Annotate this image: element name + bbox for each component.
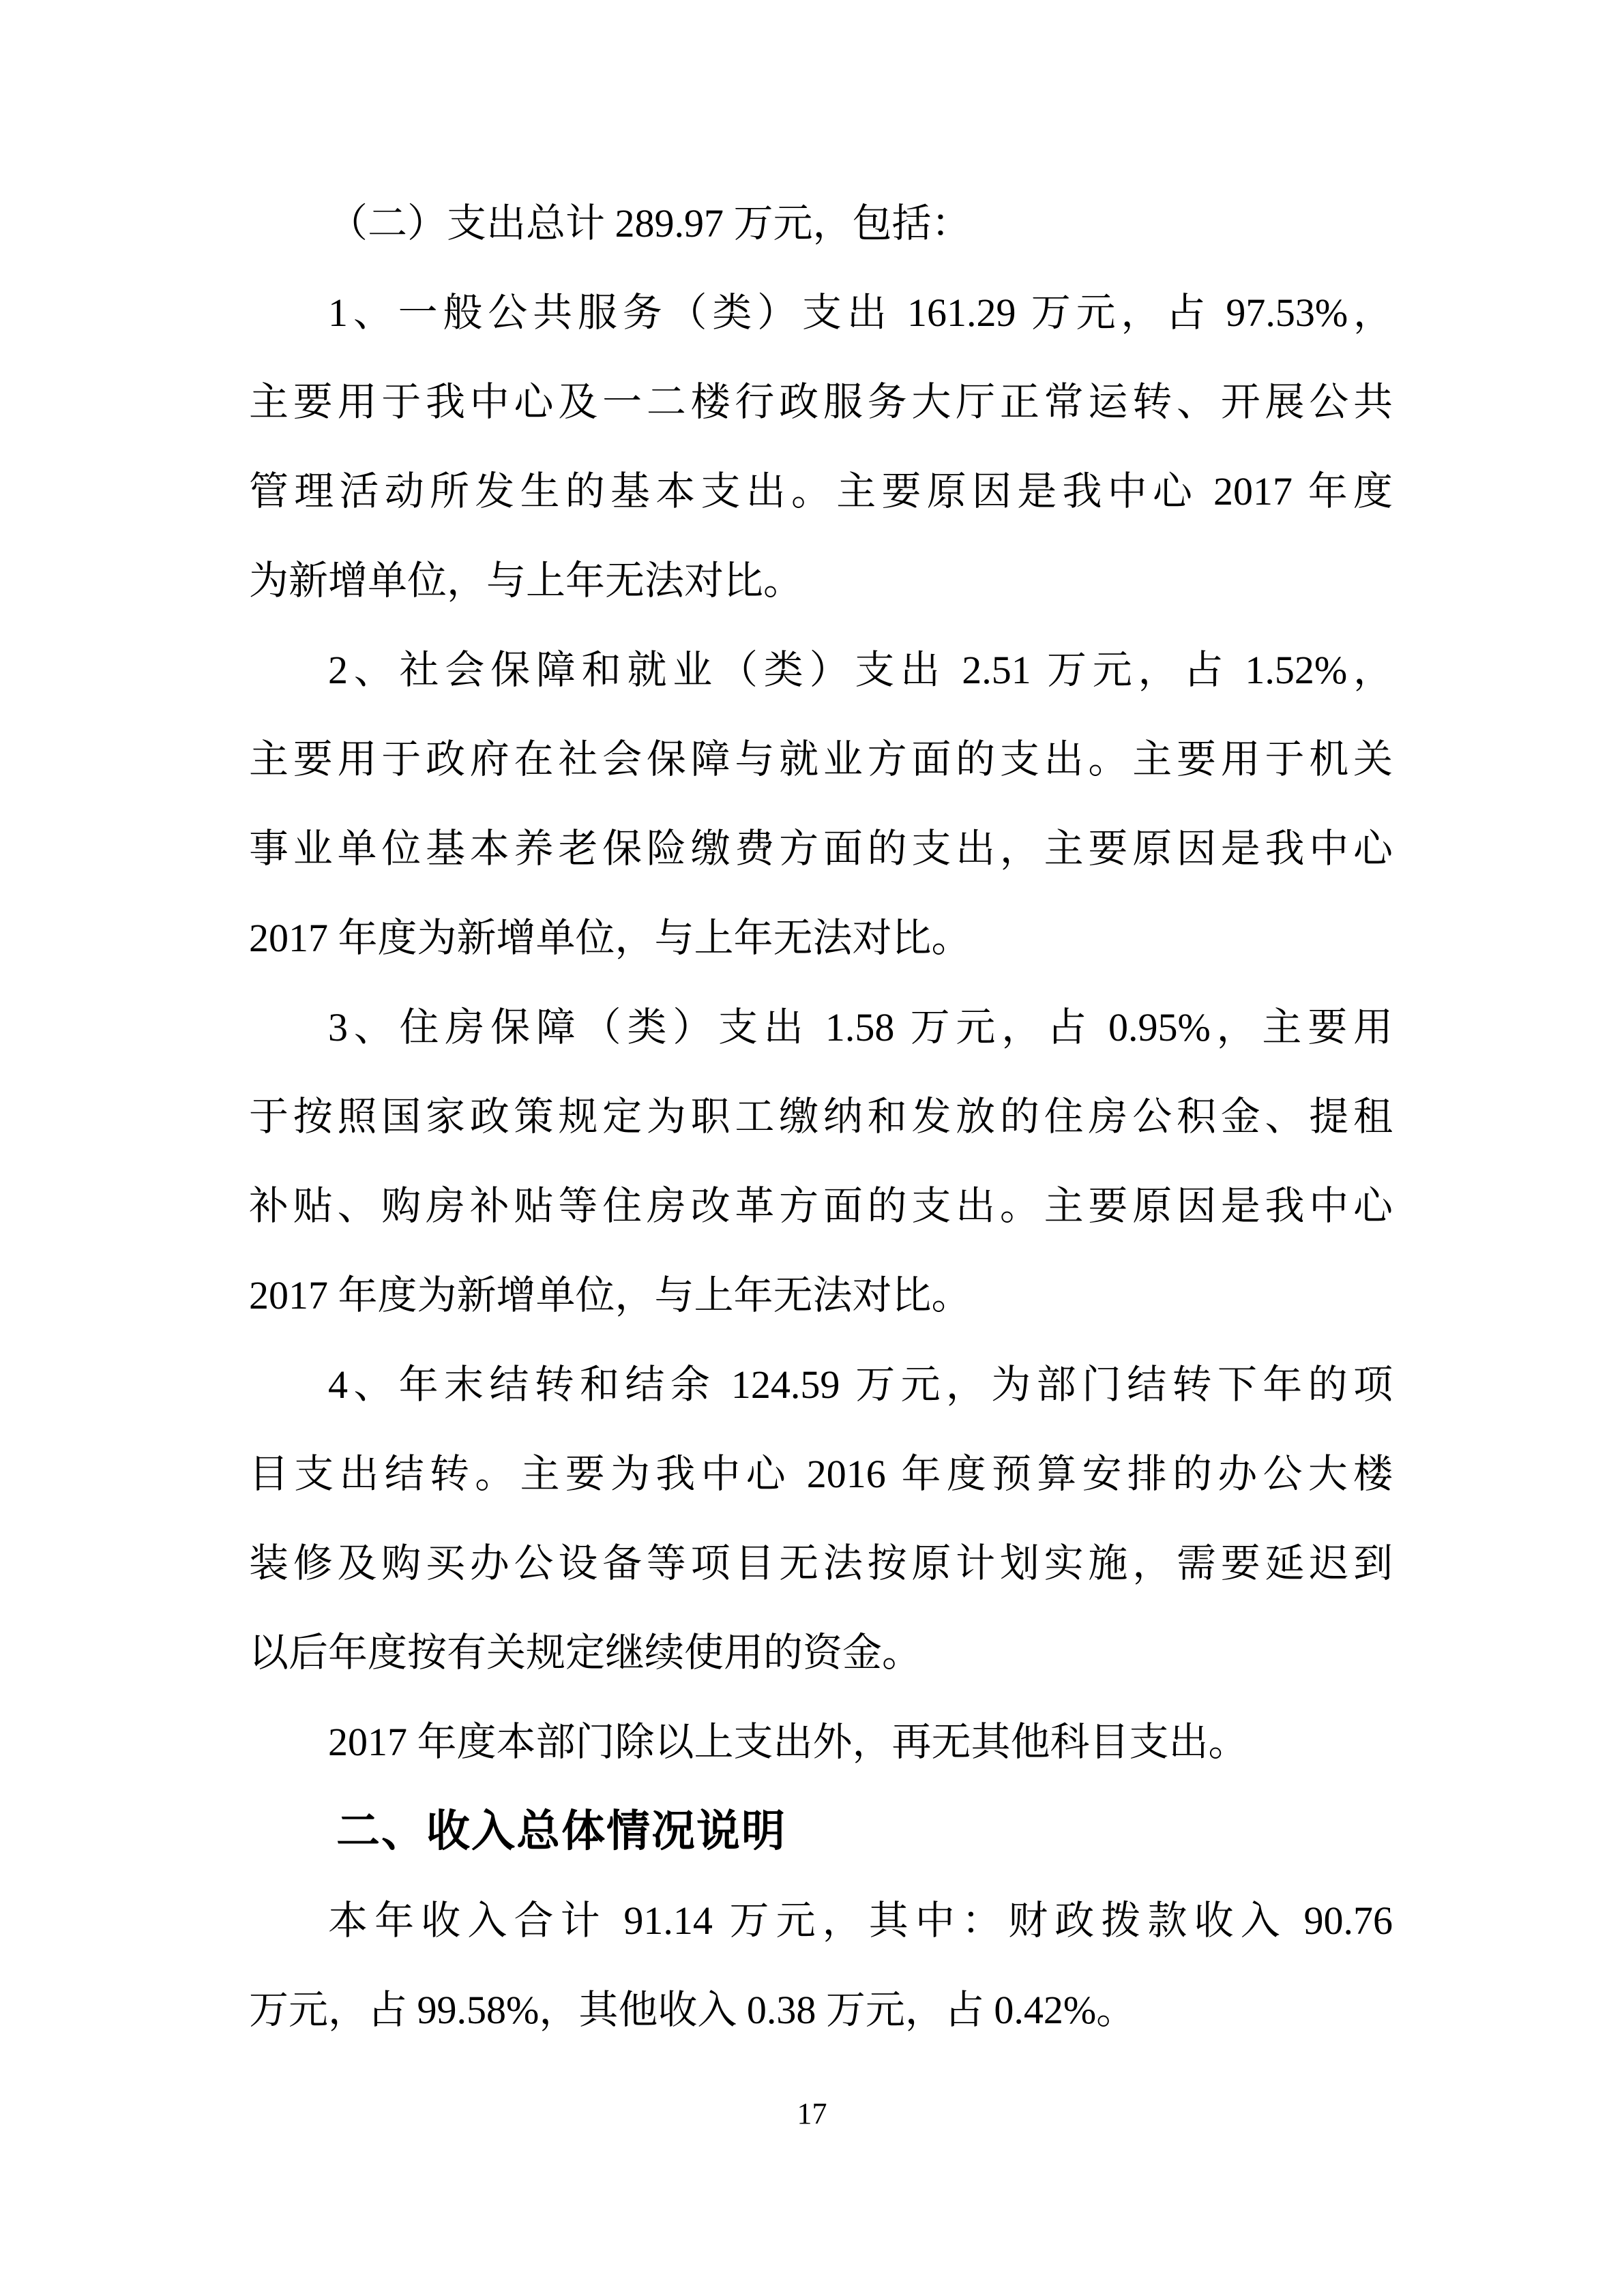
paragraph-line: 2017 年度为新增单位，与上年无法对比。 (249, 893, 1393, 983)
page-number: 17 (0, 2095, 1624, 2133)
paragraph-line: 主要用于政府在社会保障与就业方面的支出。主要用于机关 (249, 715, 1393, 804)
paragraph-line: 事业单位基本养老保险缴费方面的支出，主要原因是我中心 (249, 804, 1393, 893)
paragraph-line: 4、年末结转和结余 124.59 万元，为部门结转下年的项 (249, 1340, 1393, 1429)
paragraph-line: 1、一般公共服务（类）支出 161.29 万元，占 97.53%， (249, 268, 1393, 357)
paragraph-line: 万元，占 99.58%，其他收入 0.38 万元，占 0.42%。 (249, 1965, 1393, 2055)
section-heading: 二、收入总体情况说明 (249, 1787, 1393, 1876)
paragraph-line: 管理活动所发生的基本支出。主要原因是我中心 2017 年度 (249, 447, 1393, 536)
document-page: （二）支出总计 289.97 万元，包括： 1、一般公共服务（类）支出 161.… (0, 0, 1624, 2296)
document-body: （二）支出总计 289.97 万元，包括： 1、一般公共服务（类）支出 161.… (249, 179, 1393, 2055)
paragraph-line: 3、住房保障（类）支出 1.58 万元，占 0.95%，主要用 (249, 983, 1393, 1072)
paragraph-line: 2017 年度为新增单位，与上年无法对比。 (249, 1251, 1393, 1340)
paragraph-line: 于按照国家政策规定为职工缴纳和发放的住房公积金、提租 (249, 1072, 1393, 1161)
paragraph-line: 补贴、购房补贴等住房改革方面的支出。主要原因是我中心 (249, 1161, 1393, 1251)
paragraph-line: （二）支出总计 289.97 万元，包括： (249, 179, 1393, 268)
paragraph-line: 2017 年度本部门除以上支出外，再无其他科目支出。 (249, 1697, 1393, 1787)
paragraph-line: 为新增单位，与上年无法对比。 (249, 536, 1393, 625)
paragraph-line: 本年收入合计 91.14 万元，其中：财政拨款收入 90.76 (249, 1876, 1393, 1965)
paragraph-line: 主要用于我中心及一二楼行政服务大厅正常运转、开展公共 (249, 357, 1393, 447)
paragraph-line: 装修及购买办公设备等项目无法按原计划实施，需要延迟到 (249, 1519, 1393, 1608)
paragraph-line: 2、社会保障和就业（类）支出 2.51 万元，占 1.52%， (249, 625, 1393, 715)
paragraph-line: 以后年度按有关规定继续使用的资金。 (249, 1608, 1393, 1697)
paragraph-line: 目支出结转。主要为我中心 2016 年度预算安排的办公大楼 (249, 1429, 1393, 1519)
